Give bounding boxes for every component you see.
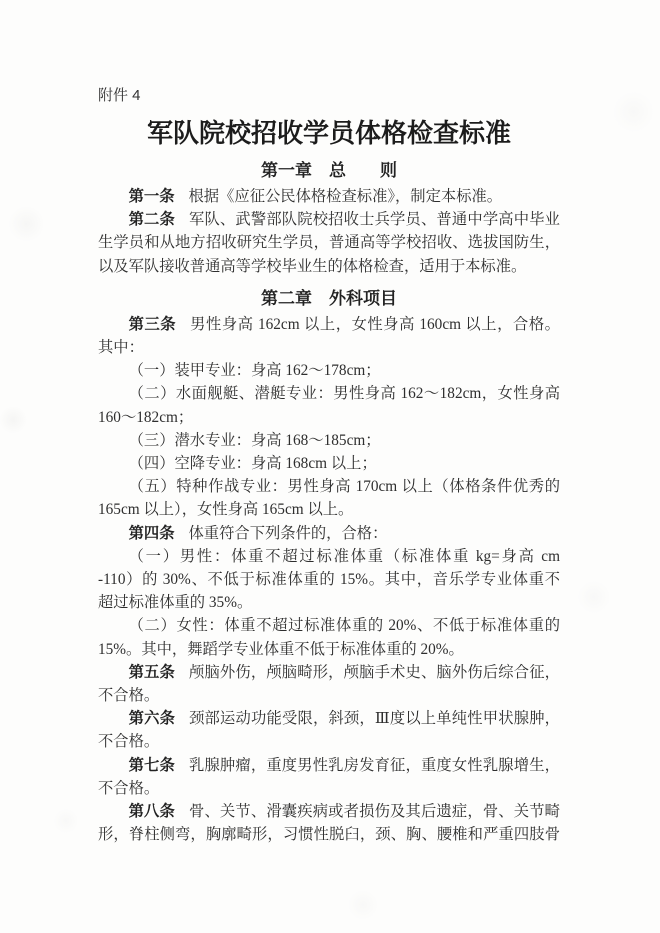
document-title: 军队院校招收学员体格检查标准: [98, 116, 560, 150]
attachment-label: 附件 4: [98, 86, 560, 106]
paragraph-line: 不合格。: [98, 684, 560, 707]
paragraph-line: 形，脊柱侧弯，胸廓畸形，习惯性脱臼，颈、胸、腰椎和严重四肢骨: [98, 823, 560, 846]
scanned-document-page: 附件 4 军队院校招收学员体格检查标准 第一章 总 则第一条根据《应征公民体格检…: [0, 0, 660, 933]
article-number: 第一条: [129, 188, 175, 205]
paragraph-line: 165cm 以上），女性身高 165cm 以上。: [98, 498, 560, 521]
paragraph-line: （三）潜水专业：身高 168～185cm；: [98, 429, 560, 452]
document-content: 附件 4 军队院校招收学员体格检查标准 第一章 总 则第一条根据《应征公民体格检…: [98, 86, 560, 846]
article-number: 第四条: [129, 525, 175, 542]
article-number: 第八条: [129, 803, 175, 820]
chapter-heading: 第二章 外科项目: [98, 287, 560, 311]
paragraph-line: （四）空降专业：身高 168cm 以上；: [98, 452, 560, 475]
paragraph-line: 超过标准体重的 35%。: [98, 591, 560, 614]
paragraph-line: 第一条根据《应征公民体格检查标准》，制定本标准。: [98, 185, 560, 208]
paragraph-line: 第八条骨、关节、滑囊疾病或者损伤及其后遗症，骨、关节畸: [98, 800, 560, 823]
article-number: 第三条: [129, 316, 177, 333]
article-number: 第五条: [129, 664, 175, 681]
paragraph-line: 不合格。: [98, 730, 560, 753]
document-body: 第一章 总 则第一条根据《应征公民体格检查标准》，制定本标准。第二条军队、武警部…: [98, 159, 560, 846]
paragraph-line: 其中：: [98, 336, 560, 359]
paragraph-line: 第四条体重符合下列条件的，合格：: [98, 522, 560, 545]
paragraph-line: （二）女性：体重不超过标准体重的 20%、不低于标准体重的: [98, 614, 560, 637]
article-number: 第七条: [129, 757, 175, 774]
paragraph-line: 第二条军队、武警部队院校招收士兵学员、普通中学高中毕业: [98, 208, 560, 231]
article-number: 第六条: [129, 710, 175, 727]
paragraph-line: 第五条颅脑外伤，颅脑畸形，颅脑手术史、脑外伤后综合征，: [98, 661, 560, 684]
paragraph-line: （五）特种作战专业：男性身高 170cm 以上（体格条件优秀的: [98, 475, 560, 498]
paragraph-line: （一）男性：体重不超过标准体重（标准体重 kg=身高 cm: [98, 545, 560, 568]
paragraph-line: 第七条乳腺肿瘤，重度男性乳房发育征，重度女性乳腺增生，: [98, 754, 560, 777]
paragraph-line: 15%。其中，舞蹈学专业体重不低于标准体重的 20%。: [98, 638, 560, 661]
paragraph-line: 以及军队接收普通高等学校毕业生的体格检查，适用于本标准。: [98, 255, 560, 278]
chapter-heading: 第一章 总 则: [98, 159, 560, 183]
paragraph-line: （二）水面舰艇、潜艇专业：男性身高 162～182cm，女性身高: [98, 382, 560, 405]
article-number: 第二条: [129, 211, 175, 228]
paragraph-line: 160～182cm；: [98, 406, 560, 429]
paragraph-line: （一）装甲专业：身高 162～178cm；: [98, 359, 560, 382]
paragraph-line: 不合格。: [98, 777, 560, 800]
paragraph-line: 第三条男性身高 162cm 以上，女性身高 160cm 以上，合格。: [98, 313, 560, 336]
paragraph-line: 生学员和从地方招收研究生学员，普通高等学校招收、选拔国防生，: [98, 231, 560, 254]
paragraph-line: -110）的 30%、不低于标准体重的 15%。其中，音乐学专业体重不: [98, 568, 560, 591]
paragraph-line: 第六条颈部运动功能受限，斜颈，Ⅲ度以上单纯性甲状腺肿，: [98, 707, 560, 730]
